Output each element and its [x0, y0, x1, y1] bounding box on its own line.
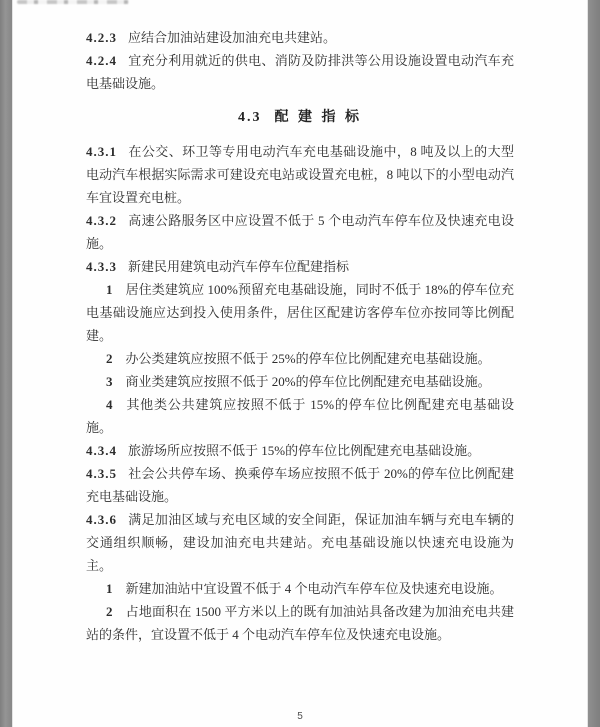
clause-text: 高速公路服务区中应设置不低于 5 个电动汽车停车位及快速充电设施。: [86, 213, 514, 251]
clause-number: 1: [106, 581, 113, 596]
clause-number: 4.3.5: [86, 466, 117, 481]
subitem-paragraph: 1居住类建筑应 100%预留充电基础设施，同时不低于 18%的停车位充电基础设施…: [86, 278, 514, 347]
clause-text: 宜充分利用就近的供电、消防及防排洪等公用设施设置电动汽车充电基础设施。: [86, 53, 514, 91]
clause-text: 满足加油区域与充电区域的安全间距，保证加油车辆与充电车辆的交通组织顺畅，建设加油…: [86, 512, 514, 573]
clause-text: 办公类建筑应按照不低于 25%的停车位比例配建充电基础设施。: [126, 351, 491, 366]
clause-paragraph: 4.2.4宜充分利用就近的供电、消防及防排洪等公用设施设置电动汽车充电基础设施。: [86, 49, 514, 95]
clause-paragraph: 4.3.2高速公路服务区中应设置不低于 5 个电动汽车停车位及快速充电设施。: [86, 209, 514, 255]
subitem-paragraph: 2占地面积在 1500 平方米以上的既有加油站具备改建为加油充电共建站的条件，宜…: [86, 600, 514, 646]
document-blocks: 4.2.3应结合加油站建设加油充电共建站。4.2.4宜充分利用就近的供电、消防及…: [86, 26, 514, 646]
clause-text: 其他类公共建筑应按照不低于 15%的停车位比例配建充电基础设施。: [86, 397, 514, 435]
clause-paragraph: 4.3.5社会公共停车场、换乘停车场应按照不低于 20%的停车位比例配建充电基础…: [86, 462, 514, 508]
viewer-gutter-left: [0, 0, 12, 727]
section-heading: 4.3配 建 指 标: [86, 106, 514, 129]
clause-number: 4.3.1: [86, 144, 117, 159]
pdf-viewer: 4.2.3应结合加油站建设加油充电共建站。4.2.4宜充分利用就近的供电、消防及…: [0, 0, 600, 727]
clause-paragraph: 4.3.1在公交、环卫等专用电动汽车充电基础设施中，8 吨及以上的大型电动汽车根…: [86, 140, 514, 209]
subitem-paragraph: 3商业类建筑应按照不低于 20%的停车位比例配建充电基础设施。: [86, 370, 514, 393]
clause-text: 新建民用建筑电动汽车停车位配建指标: [128, 259, 349, 274]
subitem-paragraph: 2办公类建筑应按照不低于 25%的停车位比例配建充电基础设施。: [86, 347, 514, 370]
clause-number: 2: [106, 351, 113, 366]
clause-text: 应结合加油站建设加油充电共建站。: [128, 30, 336, 45]
clause-number: 4.2.4: [86, 53, 117, 68]
clause-text: 占地面积在 1500 平方米以上的既有加油站具备改建为加油充电共建站的条件，宜设…: [86, 604, 514, 642]
clause-text: 新建加油站中宜设置不低于 4 个电动汽车停车位及快速充电设施。: [126, 581, 503, 596]
cropped-text-remnant: [17, 0, 129, 4]
clause-number: 4.3: [238, 110, 262, 125]
clause-number: 4.2.3: [86, 30, 117, 45]
clause-number: 3: [106, 374, 113, 389]
clause-paragraph: 4.2.3应结合加油站建设加油充电共建站。: [86, 26, 514, 49]
document-page: 4.2.3应结合加油站建设加油充电共建站。4.2.4宜充分利用就近的供电、消防及…: [12, 0, 588, 727]
clause-number: 4.3.3: [86, 259, 117, 274]
subitem-paragraph: 1新建加油站中宜设置不低于 4 个电动汽车停车位及快速充电设施。: [86, 577, 514, 600]
clause-paragraph: 4.3.4旅游场所应按照不低于 15%的停车位比例配建充电基础设施。: [86, 439, 514, 462]
subitem-paragraph: 4其他类公共建筑应按照不低于 15%的停车位比例配建充电基础设施。: [86, 393, 514, 439]
clause-paragraph: 4.3.3新建民用建筑电动汽车停车位配建指标: [86, 255, 514, 278]
clause-number: 4.3.4: [86, 443, 117, 458]
viewer-gutter-right: [588, 0, 600, 727]
clause-text: 居住类建筑应 100%预留充电基础设施，同时不低于 18%的停车位充电基础设施应…: [86, 282, 514, 343]
clause-number: 2: [106, 604, 113, 619]
clause-text: 配 建 指 标: [275, 110, 363, 125]
clause-number: 1: [106, 282, 113, 297]
clause-number: 4: [106, 397, 113, 412]
page-number: 5: [12, 711, 588, 722]
clause-text: 在公交、环卫等专用电动汽车充电基础设施中，8 吨及以上的大型电动汽车根据实际需求…: [86, 144, 514, 205]
clause-text: 旅游场所应按照不低于 15%的停车位比例配建充电基础设施。: [128, 443, 480, 458]
clause-paragraph: 4.3.6满足加油区域与充电区域的安全间距，保证加油车辆与充电车辆的交通组织顺畅…: [86, 508, 514, 577]
clause-number: 4.3.2: [86, 213, 117, 228]
clause-number: 4.3.6: [86, 512, 117, 527]
clause-text: 社会公共停车场、换乘停车场应按照不低于 20%的停车位比例配建充电基础设施。: [86, 466, 514, 504]
clause-text: 商业类建筑应按照不低于 20%的停车位比例配建充电基础设施。: [126, 374, 491, 389]
